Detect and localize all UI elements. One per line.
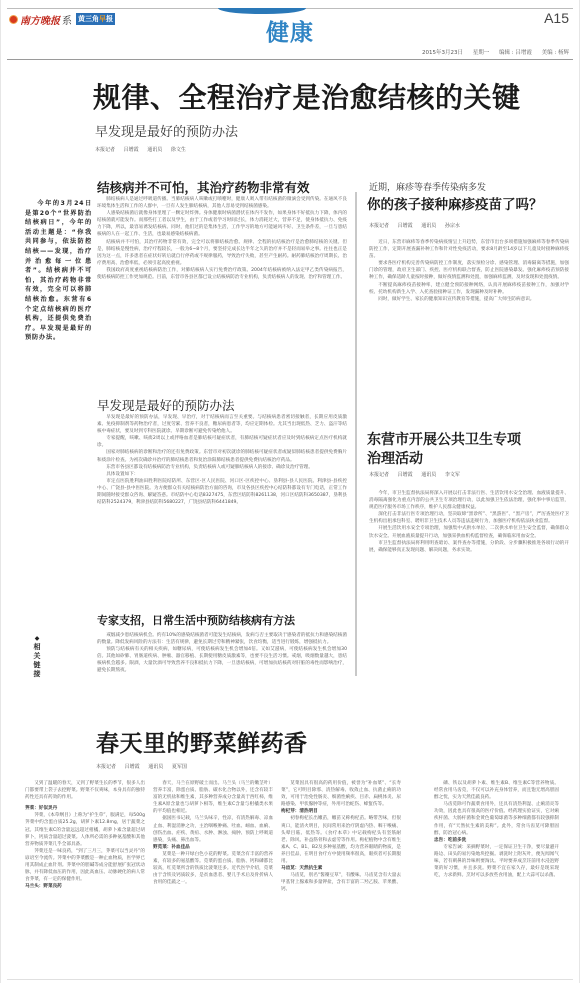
right-article2-body: 今年，市卫生监督执法局将深入开展以打击非法行医、生活饮用水安全治理、血液质量提升… [369,490,569,554]
byline-role: 通讯员 [421,223,436,229]
spring-column-3: 苋菜因具有很高的药用价值，被誉为“补血菜”、“长寿菜”，它可明目除邪、清热解毒、… [281,780,401,894]
spring-article-headline: 春天里的野菜鲜药香 [96,725,308,758]
weekday: 星期一 [473,50,490,56]
paragraph: 马齿苋除可作蔬菜食用外，还具有清热利湿、止痢消炎等功效，因此也具有很高的医疗价值… [434,801,559,836]
paragraph: 人感染结核菌后就像身体里埋了一颗定时炸弹。身体健康时病菌潜伏在体内不发作，如果身… [97,210,347,238]
lead-subhead: 早发现是最好的预防办法 [95,121,238,140]
paragraph: 苋菜因具有很高的药用价值，被誉为“补血菜”、“长寿菜”，它可明目除邪、清热解毒、… [281,780,401,808]
dateline: 2015年3月23日 星期一 编辑 : 吕增霞 美编 : 杨辉 [414,48,569,56]
lead-intro: 今年的3月24日是第20个“世界防治结核病日”，今年的活动主题是：“你我共同参与… [25,199,92,343]
page-number: A15 [544,10,569,26]
paragraph: 马齿苋，别名“酱瓣豆草”，有酸味。马齿苋含有大量去甲基肾上腺素和多量钾盐，含有丰… [281,872,401,893]
right-article2-headline: 东营市开展公共卫生专项治理活动 [367,431,527,469]
lead-byline: 本报记者 吕增霞 通讯员 徐文生 [95,146,193,153]
paragraph: 深化打击非法行医专项治理行动，坚决取缔“黑诊所”、“黑游医”、“黑产房”，严厉查… [369,511,569,525]
section-heading-3: 专家支招，日常生活中预防结核病有方法 [97,612,295,628]
paragraph: 磷、铁以及胡萝卜素、维生素B、维生素C等营养物质。经常食用马齿苋，不仅可以补充身… [434,780,559,801]
column-divider [355,192,357,676]
paragraph: 同时，做好学生、家长的健康知识宣传教育等措施，提高广大师生防病意识。 [369,296,569,303]
byline-role: 本报记者 [369,223,389,229]
paragraph: 初春枸杞长出嫩苗，嫩苗又称枸杞苗。略带苦味，但很爽口，能清火明目，民间常用来治疗… [281,815,401,865]
right-article-body: 近日，东营市麻疹等春季传染病疫情呈上升趋势，东营市出台多项措施加强麻疹等春季传染… [369,239,569,303]
bottom-rule [7,979,573,980]
subheading: 马齿苋：天然抗生素 [281,865,401,872]
byline-name: 吕增霞 [124,147,139,153]
spring-article-byline: 本报记者 吕增霞 通讯员 夏军国 [96,763,194,770]
lead-headline: 规律、全程治疗是治愈结核的关键 [93,76,521,116]
diamond-icon: ◆ [32,634,42,643]
paragraph: 荠菜，《本草纲目》上称为“护生草”，服满足，每500g荠菜中约含蛋白质25.2g… [25,812,145,847]
spring-column-1: 又到了温暖的春天，又到了野菜生长的季节，很多人出门都要带上袋子去挖野菜。野菜不仅… [25,780,145,890]
section-heading-1: 结核病并不可怕，其治疗药物非常有效 [97,178,310,196]
paragraph: 苋菜是一种开绿白色小花的野菜。苋菜含有丰富的营养素，有较多的氨基酸等。苋菜的蛋白… [153,851,273,886]
byline-role: 本报记者 [96,764,116,770]
paragraph: 专家告诫：采摘野菜时，一定保证卫生干净，要尽量避开路边、田头的易污染地块挖掘。剥… [434,844,559,879]
masthead-rule [7,59,573,60]
byline-name: 夏军国 [172,764,187,770]
subheading: 枸杞芽：清热明目 [281,808,401,815]
byline-role: 本报记者 [95,147,115,153]
newspaper-page: 南方晚报 系 黄三角早报 健康 A15 2015年3月23日 星期一 编辑 : … [0,0,580,983]
right-article-kicker: 近期，麻疹等春季传染病多发 [369,180,486,193]
paragraph: 荠菜还是一味良药，“到了三月三，荠菜可以当灵丹”的谚语至今流传。荠菜中的荠菜酸是… [25,848,145,883]
date: 2015年3月23日 [422,50,463,56]
paragraph: 我国政府高度重视结核病防治工作，对肺结核病人实行免费治疗政策。2004年结核病被… [97,267,347,281]
paragraph: 国家对肺结核病的诊断和治疗的还有免费政策。东营市对初次就诊的肺结核可疑症状者或疑… [97,449,347,463]
section-heading-2: 早发现是最好的预防办法 [97,396,235,414]
paragraph: 近日，东营市麻疹等春季传染病疫情呈上升趋势，东营市出台多项措施加强麻疹等春季传染… [369,239,569,260]
subheading: 荠菜：好似灵丹 [25,805,145,812]
paragraph: 肺结核病人是通过呼吸道传播。当肺结核病人咳嗽或打喷嚏时，健康人吸入带有结核菌的微… [97,196,347,210]
byline-name: 吕增霞 [125,764,140,770]
paragraph: 市卫生监督执法局将利用明查暗访、案件查办等措施，分阶段、分步骤积极推进各项行动的… [369,540,569,554]
paragraph: 预防与结核病有关的相关疾病，如糖尿病，可使结核病发生机会增加4倍。又如艾滋病，可… [97,646,347,674]
section-body-1: 肺结核病人是通过呼吸道传播。当肺结核病人咳嗽或打喷嚏时，健康人吸入带有结核菌的微… [97,196,347,281]
paragraph: 要求各医疗机构完善传染病防控工作制度，落实预检分诊、感染管理、消毒隔离等措施，加… [369,260,569,281]
related-label-text: 相关链接 [34,643,41,678]
section-body-2: 早发现是最好的预防办法，早发现、早治疗，对于结核病而言至关重要。与结核病患者密切… [97,414,347,506]
editor: 编辑 : 吕增霞 [499,50,532,56]
spring-column-2: 春天，马兰在原野破土而出。马兰头（马兰的嫩茎叶）营养丰富，除蛋白质、脂肪、碳水化… [153,780,273,886]
right-article-byline: 本报记者 吕增霞 通讯员 孙宗水 [369,222,467,229]
right-article2-byline: 本报记者 吕增霞 通讯员 李文军 [369,471,467,478]
paragraph: 戒烟减少患结核病机会。约有10%的感染结核菌者可能发生结核病，发病与否主要取决于… [97,632,347,646]
byline-role: 本报记者 [369,472,389,478]
paragraph: 东营市各县区都设有结核病防治专业机构，负责结核病人或可疑肺结核病人的接诊、确诊及… [97,464,347,471]
byline-name: 李文军 [445,472,460,478]
paragraph: 开展生活饮用水安全专项治理，加强集中式供水单位、二次供水单位卫生安全监督，确保群… [369,525,569,539]
paragraph: 不断提高麻疹疫苗接种率，建立健全预防接种网络，认真开展麻疹疫苗接种工作，加强对学… [369,282,569,296]
byline-role: 通讯员 [148,764,163,770]
spring-column-4: 磷、铁以及胡萝卜素、维生素B、维生素C等营养物质。经常食用马齿苋，不仅可以补充身… [434,780,559,879]
byline-name: 吕增霞 [398,223,413,229]
section-body-3: 戒烟减少患结核病机会。约有10%的感染结核菌者可能发生结核病，发病与否主要取决于… [97,632,347,675]
subheading: 野苋菜：补血佳品 [153,844,273,851]
section-title: 健康 [1,14,579,47]
paragraph: 专家提醒，咳嗽、咳痰2周以上或伴咯血者是肺结核可疑症状者，有肺结核可疑症状者应及… [97,435,347,449]
paragraph: 今年，市卫生监督执法局将深入开展以打击非法行医、生活饮用水安全治理、血液质量提升… [369,490,569,511]
related-links-label: ◆ 相关链接 [32,634,42,679]
byline-name: 吕增霞 [398,472,413,478]
paragraph: 春天，马兰在原野破土而出。马兰头（马兰的嫩茎叶）营养丰富，除蛋白质、脂肪、碳水化… [153,780,273,815]
designer: 美编 : 杨辉 [542,50,569,56]
paragraph: 又到了温暖的春天，又到了野菜生长的季节，很多人出门都要带上袋子去挖野菜。野菜不仅… [25,780,145,801]
byline-name: 孙宗水 [445,223,460,229]
paragraph: 具体设置如下： [97,471,347,478]
right-article-headline: 你的孩子接种麻疹疫苗了吗？ [367,193,543,213]
paragraph: 早发现是最好的预防办法，早发现、早治疗，对于结核病而言至关重要。与结核病患者密切… [97,414,347,435]
subheading: 马兰头：野菜良药 [25,883,145,890]
paragraph: 结核病并不可怕，其治疗药物非常有效，完全可以将肺结核治愈。规律、全程的抗结核治疗… [97,239,347,267]
subheading: 忠告：吃前多洗 [434,837,559,844]
paragraph: 据国医书记载，马兰头味辛，性凉，有清热解毒、凉血止血、利湿消肿之功，主治咽喉肿痛… [153,815,273,843]
byline-role: 通讯员 [421,472,436,478]
byline-name: 徐文生 [171,147,186,153]
byline-role: 通讯员 [147,147,162,153]
paragraph: 市定点医院胜利油田胜利医院结防所、东营区-区人民医院、河口区-区疾控中心、垦利县… [97,478,347,506]
